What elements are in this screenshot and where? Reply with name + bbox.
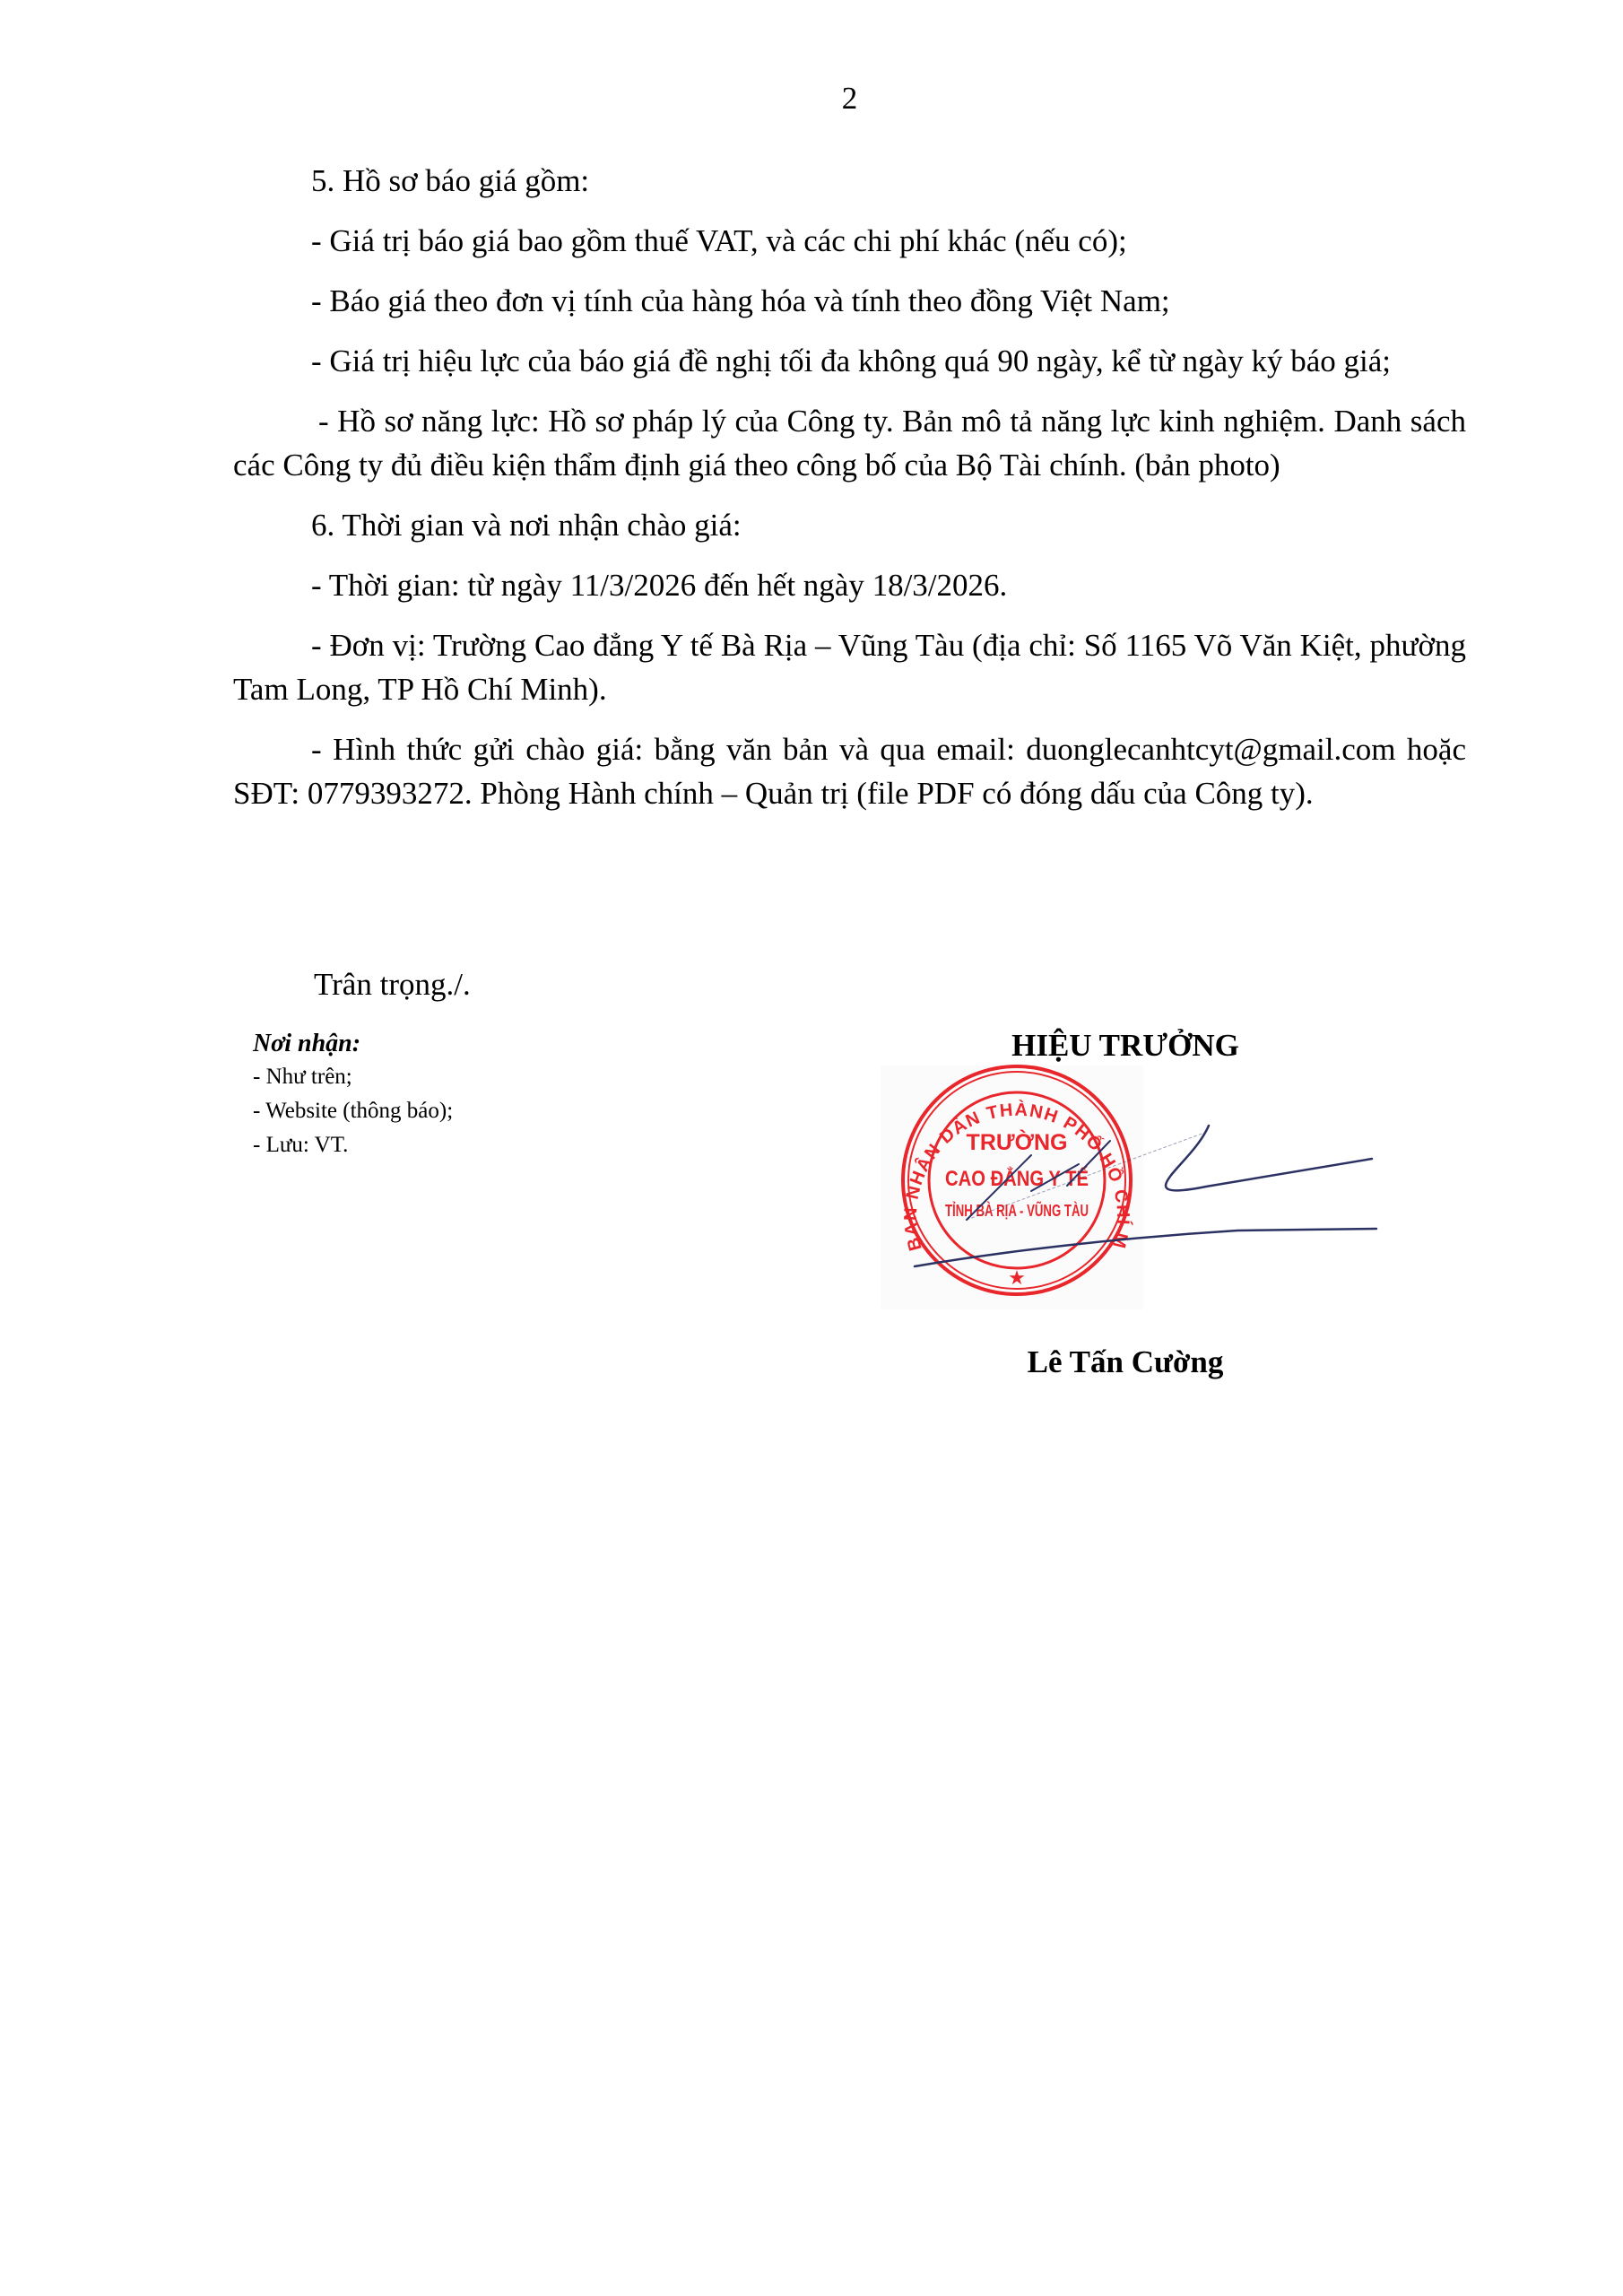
stamp-line-3: TỈNH BÀ RỊA - VŨNG TÀU bbox=[945, 1201, 1089, 1220]
official-seal-icon: ỦY BAN NHÂN DÂN THÀNH PHỐ HỒ CHÍ MINH TR… bbox=[0, 0, 1133, 1294]
stamp-star-icon: ★ bbox=[1008, 1267, 1026, 1290]
document-page: 2 5. Hồ sơ báo giá gồm: - Giá trị báo gi… bbox=[0, 0, 1623, 2296]
seal-and-signature: ỦY BAN NHÂN DÂN THÀNH PHỐ HỒ CHÍ MINH TR… bbox=[0, 0, 1623, 2296]
stamp-outer-text: ỦY BAN NHÂN DÂN THÀNH PHỐ HỒ CHÍ MINH bbox=[0, 0, 1133, 1253]
svg-text:ỦY BAN NHÂN DÂN THÀNH PHỐ HỒ C: ỦY BAN NHÂN DÂN THÀNH PHỐ HỒ CHÍ MINH bbox=[0, 0, 1133, 1253]
signer-name: Lê Tấn Cường bbox=[950, 1344, 1300, 1380]
stamp-line-1: TRƯỜNG bbox=[967, 1128, 1068, 1155]
